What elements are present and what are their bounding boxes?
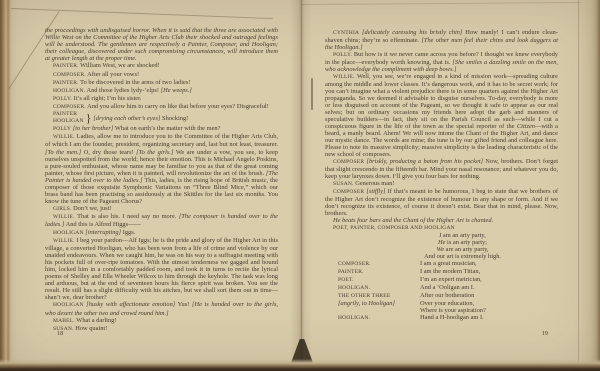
dialogue-text: That is also his. I need say no more.: [75, 213, 179, 220]
paragraph: HOOLIGAN. And those lydies lydy-’elps! […: [45, 87, 278, 95]
dialogue-text: How quaint!: [74, 325, 108, 332]
paragraph: COMPOSER [stiffly] If that’s meant to be…: [325, 188, 558, 217]
speaker-name: PAINTER: [53, 111, 84, 118]
dialogue-text: are an arty party,: [444, 246, 488, 253]
stage-direction: the proceedings with undisguised horror.…: [45, 27, 278, 62]
speaker-name: POLLY.: [333, 52, 352, 58]
speaker-names: PAINTERHOOLIGAN: [53, 111, 84, 125]
right-page-text: CYNTHIA [delicately caressing his bristl…: [325, 29, 558, 322]
verse-line: And our art is extremely high.: [367, 253, 558, 260]
paragraph: COMPOSER. And you allow him to carry on …: [45, 103, 278, 111]
paragraph: SUSAN. How quaint!: [45, 325, 278, 333]
dialogue-text: It’s all right; I’m his sister.: [72, 95, 141, 102]
verse: I am an arty party,He is an arty party;W…: [367, 232, 558, 260]
paragraph: POLLY. It’s all right; I’m his sister.: [45, 95, 278, 103]
paragraph: MABEL. What a darling!: [45, 317, 278, 325]
paragraph: WILLIE. Well, you see, we’re engaged in …: [325, 73, 558, 158]
speaker-name: WILLIE.: [53, 134, 75, 140]
dialogue-text: And this is Alfred Higgs——: [64, 221, 141, 228]
verse-line: I’m an expert metrician,: [420, 276, 558, 284]
paragraph: He beats four bars and the Chant of the …: [325, 217, 558, 224]
book-left-fore-edge: [0, 0, 17, 371]
paragraph: PAINTER. William West, we are shocked!: [45, 62, 278, 70]
stage-direction: He beats four bars and the Chant of the …: [333, 217, 493, 224]
paragraph: GIRLS. Don’t we, just!: [45, 205, 278, 213]
speaker-name: SUSAN.: [333, 181, 354, 187]
speaker-name: CYNTHIA: [333, 30, 359, 36]
stage-direction: [husky with affectionate emotion]: [86, 301, 175, 308]
verse-line: Over your education,: [420, 300, 558, 307]
dialogue-text: am an arty party,: [441, 232, 485, 239]
brace-glyph: }: [86, 115, 92, 122]
speaker-name: COMPOSER: [333, 159, 364, 165]
dialogue-text: I beg your pardon—Alf Iggs; he is the pr…: [45, 237, 278, 302]
verse-speaker: THE OTHER THREE: [325, 292, 420, 300]
dialogue-text: What on earth’s the matter with the men?: [113, 125, 220, 132]
stage-direction: We: [436, 246, 444, 253]
speaker-name: POLLY: [53, 126, 71, 132]
stage-direction: [stiffly]: [366, 188, 385, 195]
paragraph: SUSAN. Generous man!: [325, 180, 558, 188]
stage-direction: [interrupting]: [85, 229, 121, 236]
verse-line: I am a great musician,: [420, 260, 558, 268]
left-page-text: the proceedings with undisguised horror.…: [45, 27, 278, 333]
book-gutter-mark: [311, 78, 313, 110]
paragraph: HOOLIGAN [husky with affectionate emotio…: [45, 301, 278, 316]
verse-speaker: PAINTER.: [325, 268, 420, 276]
paragraph: WILLIE. That is also his. I need say no …: [45, 213, 278, 228]
speaker-name: POET.: [338, 277, 354, 283]
dialogue-text: Don’t we, just!: [71, 205, 111, 212]
stage-direction: [He weeps.]: [161, 87, 192, 94]
paragraph: the proceedings with undisguised horror.…: [45, 27, 278, 62]
dialogue-text: And our art is extremely high.: [424, 253, 501, 260]
verse-speaker: COMPOSER.: [325, 260, 420, 268]
page-number-left: 18: [57, 330, 63, 337]
paragraph: PAINTER. To be discovered in the arms of…: [45, 79, 278, 87]
verse-line: And a ’Ooligan am I.: [420, 284, 558, 292]
dialogue-text: Generous man!: [354, 180, 395, 187]
verse-line: I am the modern Titian,: [420, 268, 558, 276]
stage-direction: Citizen: [517, 123, 535, 130]
paragraph: COMPOSER. After all your vows!: [45, 71, 278, 79]
dialogue-text: O, dry those tears!: [81, 149, 136, 156]
paragraph: POET, PAINTER, COMPOSER AND HOOLIGAN: [325, 224, 558, 232]
book-gutter-crease: [301, 0, 302, 371]
dialogue-text: William West, we are shocked!: [79, 62, 160, 69]
dialogue-text: After all your vows!: [86, 71, 139, 78]
speaker-name: POLLY.: [53, 96, 72, 102]
stage-direction: [To the girls.]: [136, 149, 173, 156]
speaker-name: WILLIE.: [53, 238, 75, 244]
dialogue-text: Ladies, allow me to introduce you to the…: [45, 133, 278, 148]
paragraph: POLLY [to her brother] What on earth’s t…: [45, 125, 278, 133]
speaker-name: COMPOSER.: [338, 261, 371, 267]
paragraph: WILLIE. I beg your pardon—Alf Iggs; he i…: [45, 237, 278, 302]
speaker-name: WILLIE.: [53, 214, 75, 220]
page-number-right: 19: [528, 330, 548, 337]
dialogue-brace-line: PAINTERHOOLIGAN}[drying each other’s eye…: [53, 111, 278, 125]
dialogue-text: Shocking!: [160, 115, 188, 122]
stage-direction: [to her brother]: [73, 125, 114, 132]
dialogue-text: And you allow him to carry on like that …: [86, 103, 269, 110]
paragraph: COMPOSER [briskly, producing a baton fro…: [325, 158, 558, 180]
speaker-name: THE OTHER THREE: [338, 293, 390, 299]
speaker-name: HOOLIGAN: [53, 118, 84, 125]
dialogue-text: is an arty party;: [445, 239, 487, 246]
speaker-name: HOOLIGAN.: [338, 315, 370, 321]
paragraph: HOOLIGAN [interrupting] Iggs.: [45, 229, 278, 237]
paragraph: WILLIE. Ladies, allow me to introduce yo…: [45, 133, 278, 205]
speaker-name: HOOLIGAN: [53, 230, 84, 236]
dialogue-text: Iggs.: [121, 229, 135, 236]
speaker-name: MABEL.: [53, 318, 75, 324]
right-page-top-edge-line: [302, 2, 582, 5]
verse-line: We are an arty party,: [367, 246, 558, 253]
speaker-name: COMPOSER.: [53, 72, 86, 78]
stage-direction: [briskly, producing a baton from his poc…: [366, 158, 483, 165]
speaker-name: PAINTER.: [338, 269, 364, 275]
speaker-name: WILLIE.: [333, 74, 355, 80]
speaker-name: HOOLIGAN: [53, 302, 84, 308]
verse-speaker: [325, 307, 420, 314]
speaker-name: COMPOSER.: [53, 104, 86, 110]
speaker-name: HOOLIGAN.: [53, 88, 85, 94]
speaker-name: POET, PAINTER, COMPOSER AND HOOLIGAN: [333, 225, 455, 231]
paragraph: POLLY. But how is it we never came acros…: [325, 51, 558, 73]
dialogue-text: And those lydies lydy-’elps!: [85, 87, 160, 94]
dialogue-text: Well, you see, we’re engaged in a kind o…: [325, 73, 558, 130]
speaker-name: COMPOSER: [333, 189, 364, 195]
verse-speaker: HOOLIGAN.: [325, 284, 420, 292]
verse-speaker: HOOLIGAN.: [325, 314, 420, 322]
paragraph: CYNTHIA [delicately caressing his bristl…: [325, 29, 558, 51]
verse-table: COMPOSER.I am a great musician,PAINTER.I…: [325, 260, 558, 322]
dialogue-text: Yus!: [175, 301, 192, 308]
speaker-name: PAINTER.: [53, 63, 79, 69]
verse-line: Where is your aspiration?: [420, 307, 558, 314]
stage-direction: [drying each other’s eyes]: [93, 115, 160, 122]
dialogue-text: To be discovered in the arms of two ladi…: [79, 79, 191, 86]
speaker-name: HOOLIGAN.: [338, 285, 370, 291]
verse-line: I am an arty party,: [367, 232, 558, 239]
verse-line: Hand a H-hooligan am I.: [420, 314, 558, 322]
verse-line: After our botheration: [420, 292, 558, 300]
stage-direction: [delicately caressing his bristly chin]: [362, 29, 462, 36]
verse-speaker: [angrily, to Hooligan]: [325, 300, 420, 307]
verse-speaker: POET.: [325, 276, 420, 284]
book-bottom-edge: [0, 359, 600, 371]
stage-direction: [To the men.]: [45, 149, 81, 156]
speaker-name: GIRLS.: [53, 206, 71, 212]
book-spread-photo: the proceedings with undisguised horror.…: [0, 0, 600, 371]
speaker-name: PAINTER.: [53, 80, 79, 86]
dialogue-text: [drying each other’s eyes] Shocking!: [93, 115, 188, 122]
page-top-edge-line: [11, 8, 273, 19]
stage-direction: [angrily, to Hooligan]: [338, 300, 395, 307]
verse-line: He is an arty party;: [367, 239, 558, 246]
dialogue-text: What a darling!: [75, 317, 117, 324]
book-right-fore-edge: [577, 0, 600, 371]
